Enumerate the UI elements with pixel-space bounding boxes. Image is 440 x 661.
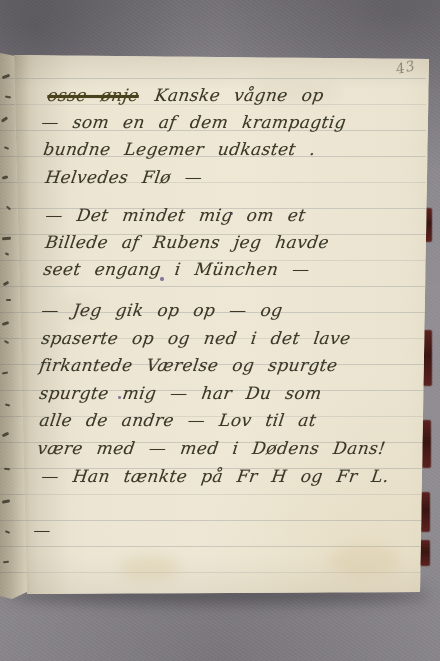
handwritten-line: seet engang i München —	[42, 260, 311, 280]
cover-edge-speck	[420, 540, 430, 566]
handwritten-line: — som en af dem krampagtig	[40, 113, 347, 133]
rule-line-stub	[0, 572, 30, 573]
photograph-of-notebook: osse ønjeKanske vågne op— som en af dem …	[0, 0, 440, 661]
ink-mark	[2, 175, 9, 179]
cover-edge-speck	[422, 420, 431, 468]
handwritten-line: —	[32, 521, 52, 541]
ink-mark	[3, 561, 9, 564]
handwritten-line: Billede af Rubens jeg havde	[44, 233, 330, 253]
handwritten-line: firkantede Værelse og spurgte	[38, 356, 339, 376]
handwritten-line: — Jeg gik op op — og	[40, 301, 284, 321]
ink-mark	[4, 468, 10, 471]
ink-mark	[2, 499, 10, 504]
handwritten-line: bundne Legemer udkastet .	[42, 140, 317, 160]
handwritten-line: osse ønjeKanske vågne op	[46, 86, 325, 106]
rule-line-stub	[0, 546, 30, 547]
cover-edge-speck	[421, 492, 430, 532]
ink-mark	[2, 371, 8, 374]
cover-edge-speck	[423, 330, 432, 386]
handwritten-text: osse ønjeKanske vågne op— som en af dem …	[0, 0, 440, 661]
handwritten-line: — Det mindet mig om et	[44, 206, 307, 226]
handwritten-line: — Han tænkte på Fr H og Fr L.	[40, 467, 390, 487]
ink-mark	[5, 403, 10, 406]
ink-mark	[5, 95, 11, 98]
handwritten-line: være med — med i Dødens Dans!	[36, 439, 387, 459]
ink-mark	[4, 340, 9, 344]
ink-mark	[2, 432, 10, 438]
ink-mark	[2, 321, 10, 326]
handwritten-line: alle de andre — Lov til at	[38, 411, 318, 431]
handwritten-line: Helvedes Flø —	[44, 168, 204, 188]
ink-mark	[2, 237, 11, 241]
notebook-page: osse ønjeKanske vågne op— som en af dem …	[0, 0, 440, 661]
ink-mark	[4, 146, 9, 150]
handwritten-line: spurgte mig — har Du som	[38, 384, 323, 404]
ink-mark	[1, 116, 8, 122]
ink-mark	[6, 206, 11, 211]
crossed-out-words: osse ønje	[46, 86, 140, 106]
handwritten-line: spaserte op og ned i det lave	[40, 329, 352, 349]
ink-mark	[5, 530, 10, 534]
ink-mark	[5, 252, 9, 256]
ink-mark	[6, 299, 11, 301]
